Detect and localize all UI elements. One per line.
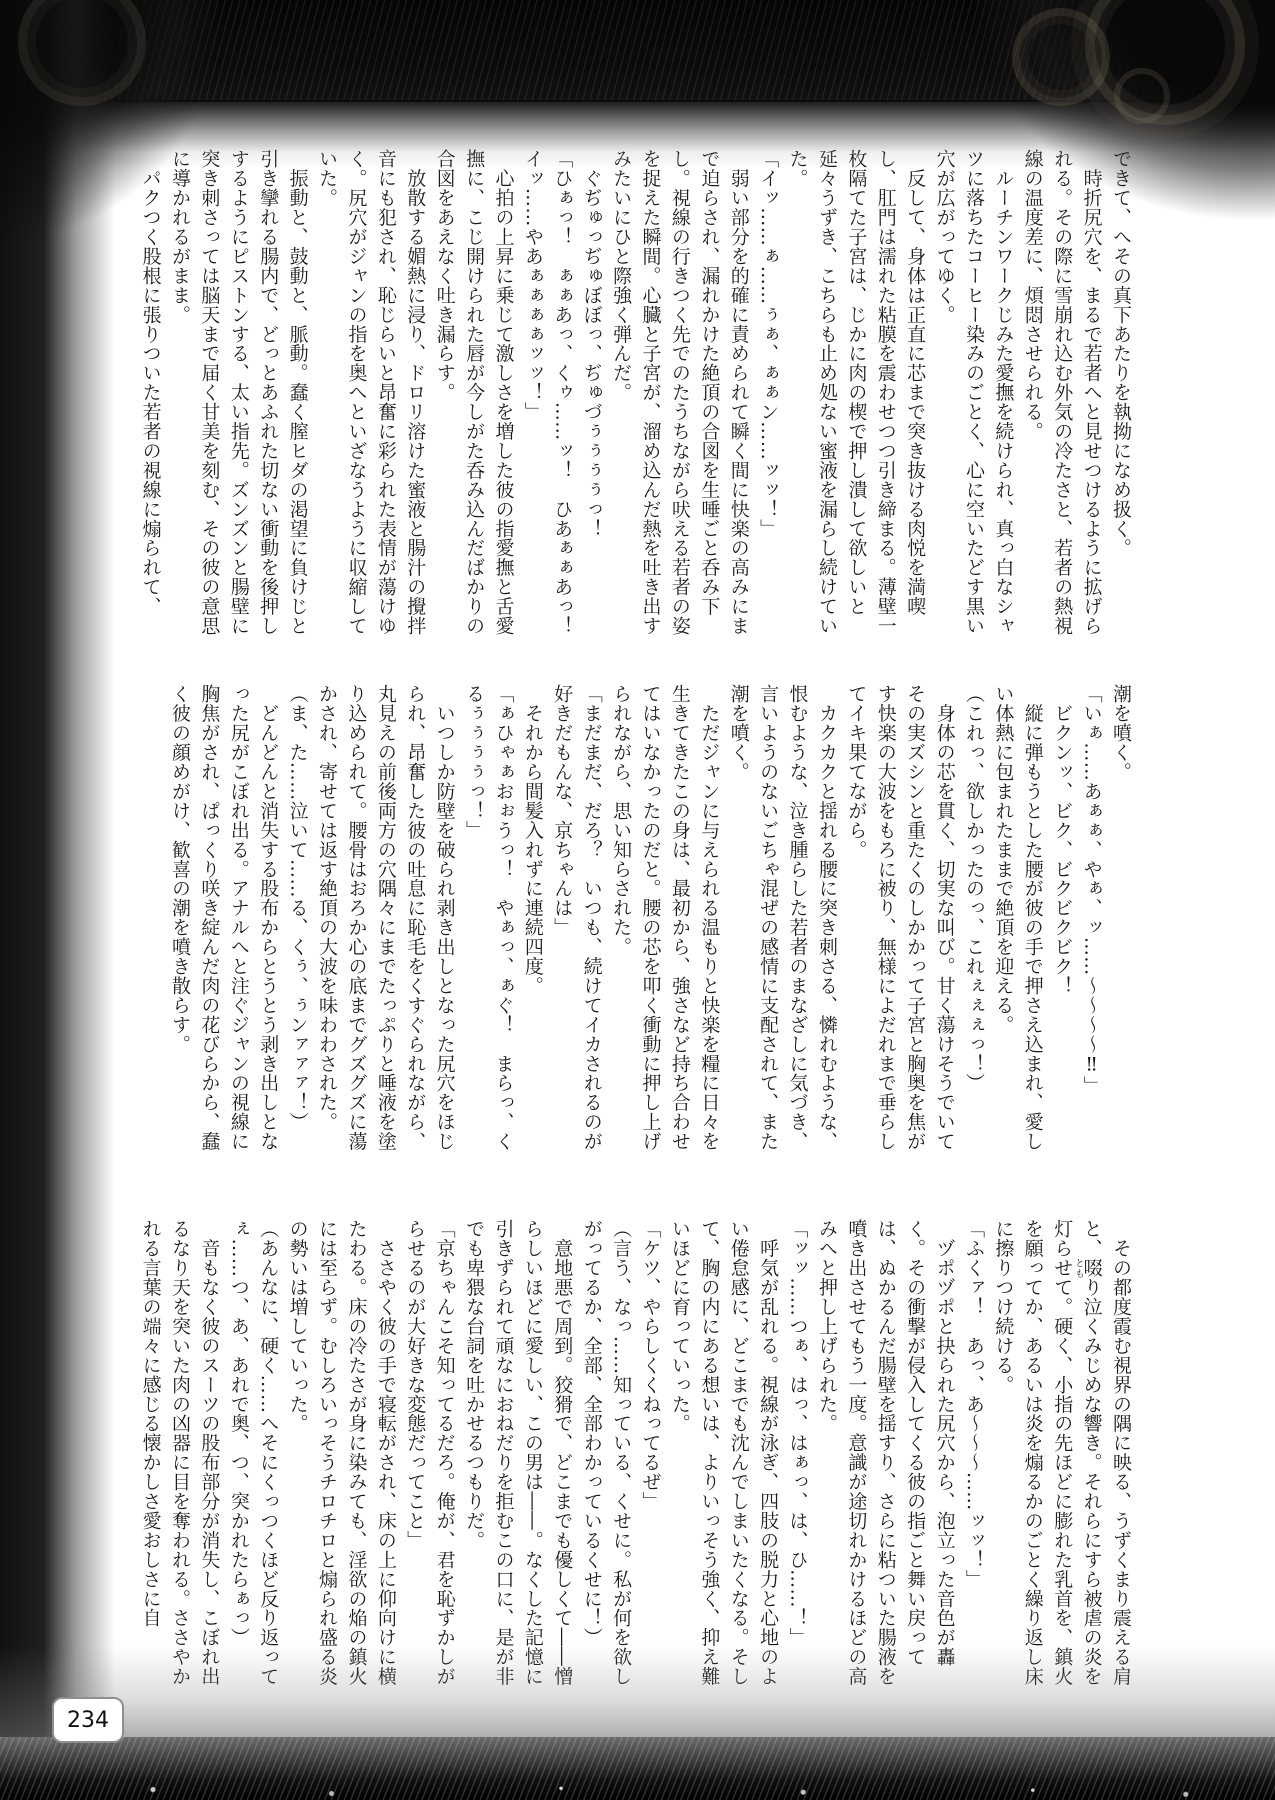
text-band-bottom: その都度霞む視界の隅に映る、うずくまり震える肩と、啜り泣くみじめな響き。それらに…: [129, 1219, 1135, 1703]
gear-icon: [1012, 8, 1110, 106]
gear-icon: [18, 0, 146, 106]
gear-icon: [1085, 0, 1245, 125]
book-page: できて、へその真下あたりを執拗になめ扱く。 時折尻穴を、まるで若者へと見せつける…: [0, 0, 1275, 1800]
bottom-border-speckles: [0, 1774, 1275, 1800]
left-border-decoration: [0, 0, 115, 1800]
top-border-decoration: [0, 0, 1275, 102]
text-band-top: できて、へその真下あたりを執拗になめ扱く。 時折尻穴を、まるで若者へと見せつける…: [129, 149, 1135, 638]
text-band-middle: 潮を噴く。 「いぁ……あぁぁ、やぁ、ッ……～～～～‼」 ビクンッ、ビク、ビクビク…: [129, 684, 1135, 1169]
page-number-badge: 234: [52, 1697, 124, 1743]
bottom-border-decoration: [0, 1737, 1275, 1800]
gear-icon: [1114, 68, 1170, 124]
furigana-ruby: とも: [1071, 1258, 1085, 1279]
